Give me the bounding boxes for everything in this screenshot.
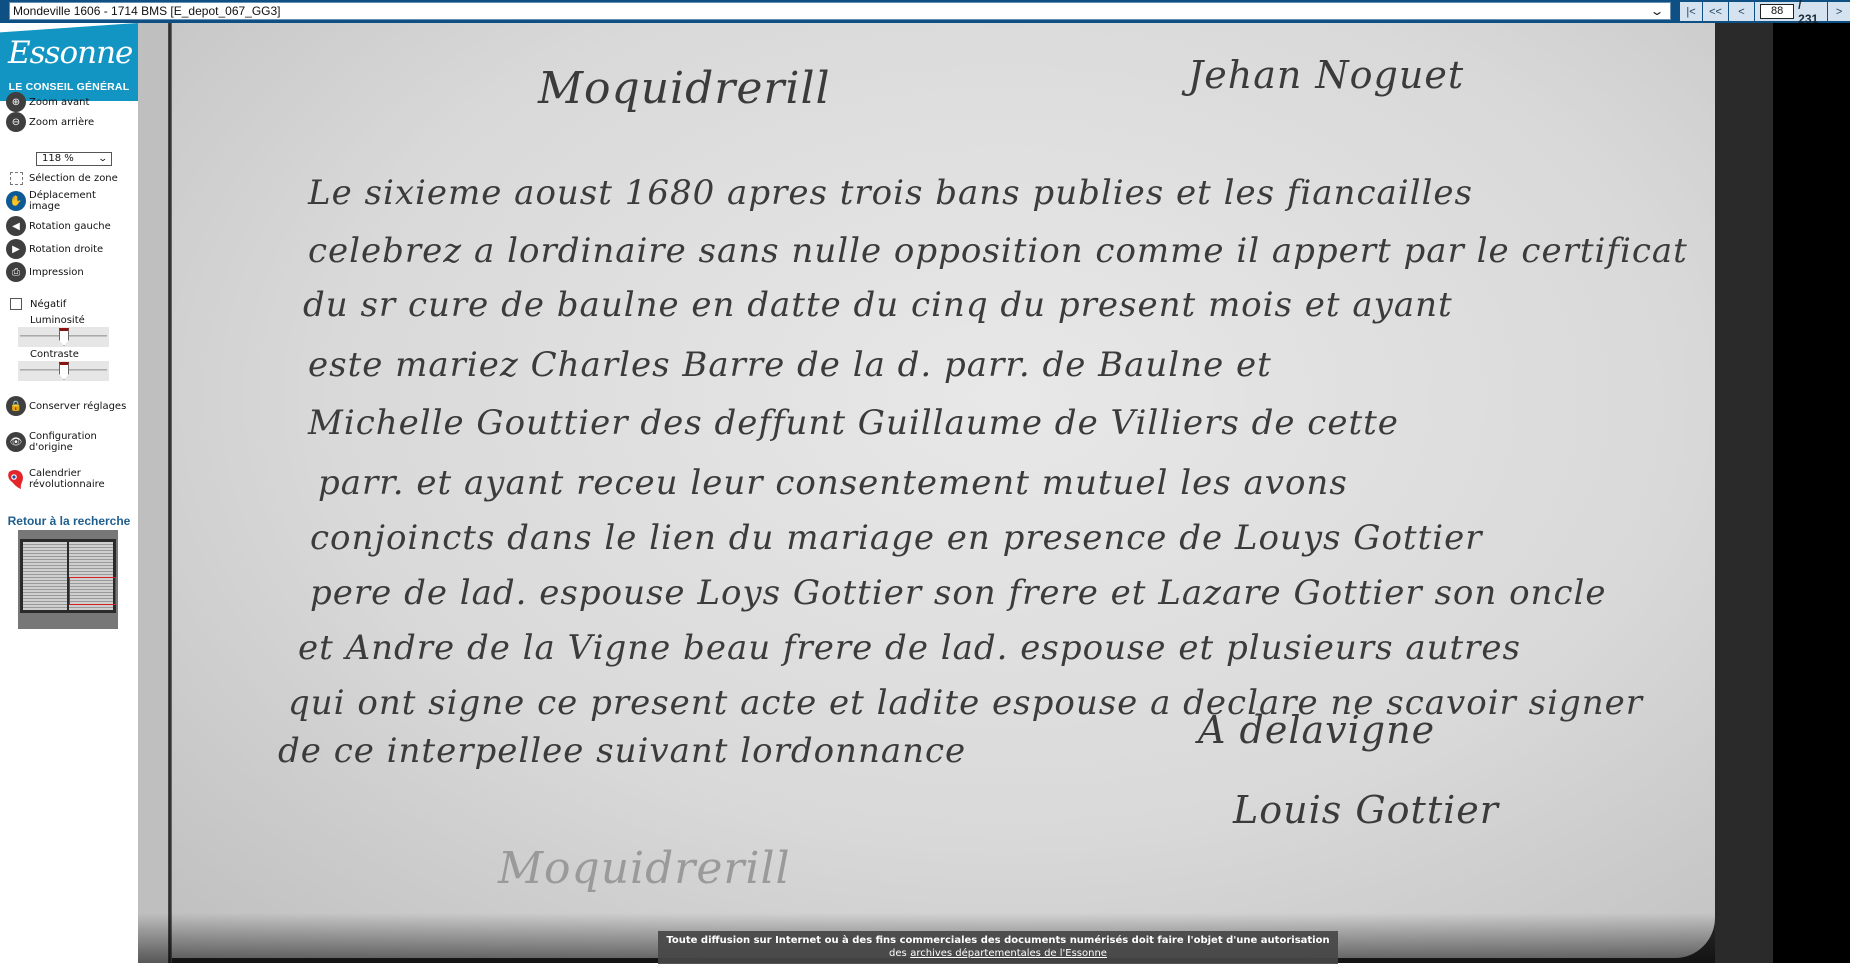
notice-text: Toute diffusion sur Internet ou à des fi… [658, 934, 1338, 947]
first-page-button[interactable]: |< [1680, 2, 1702, 21]
pan-image-button[interactable]: ✋ Déplacementimage [6, 190, 96, 212]
copyright-notice: Toute diffusion sur Internet ou à des fi… [658, 931, 1338, 964]
manuscript-line: Le sixieme aoust 1680 apres trois bans p… [308, 173, 1473, 213]
rotate-right-button[interactable]: ▶ Rotation droite [6, 239, 103, 259]
document-select[interactable]: Mondeville 1606 - 1714 BMS [E_depot_067_… [9, 2, 1671, 20]
notice-prefix: des [889, 948, 907, 959]
zoom-in-icon: ⊕ [6, 92, 26, 112]
zone-select-button[interactable]: Sélection de zone [6, 172, 118, 185]
contrast-label: Contraste [30, 349, 79, 360]
manuscript-page: Moquidrerill Jehan Noguet Le sixieme aou… [138, 23, 1715, 958]
selection-icon [10, 172, 23, 185]
binding-gutter [168, 23, 172, 963]
brightness-label: Luminosité [30, 315, 85, 326]
calendar-label: Calendrierrévolutionnaire [29, 468, 105, 490]
zone-select-label: Sélection de zone [29, 173, 118, 184]
logo-script: Essonne [8, 35, 132, 71]
lock-icon: 🔒 [6, 396, 26, 416]
manuscript-line: du sr cure de baulne en datte du cinq du… [303, 285, 1453, 325]
slider-thumb[interactable] [59, 362, 69, 380]
top-toolbar: Mondeville 1606 - 1714 BMS [E_depot_067_… [0, 0, 1850, 23]
print-button[interactable]: ⎙ Impression [6, 262, 84, 282]
zoom-out-label: Zoom arrière [29, 117, 94, 128]
contrast-slider[interactable] [18, 361, 109, 381]
keep-settings-label: Conserver réglages [29, 401, 126, 412]
print-label: Impression [29, 267, 84, 278]
page-navigation: |< << < 88 / 231 > [1680, 2, 1850, 21]
notice-line2: des archives départementales de l'Essonn… [658, 947, 1338, 960]
rotate-left-icon: ◀ [6, 216, 26, 236]
zoom-out-button[interactable]: ⊖ Zoom arrière [6, 112, 94, 132]
brightness-slider[interactable] [18, 327, 109, 347]
printer-icon: ⎙ [6, 262, 26, 282]
signature: Jehan Noguet [1188, 53, 1464, 97]
negative-toggle[interactable]: Négatif [6, 298, 66, 310]
rotate-left-label: Rotation gauche [29, 221, 111, 232]
signature: A delavigne [1198, 708, 1435, 752]
manuscript-line: et Andre de la Vigne beau frere de lad. … [298, 628, 1521, 668]
document-title: Mondeville 1606 - 1714 BMS [E_depot_067_… [13, 4, 281, 18]
slider-thumb[interactable] [59, 328, 69, 346]
keep-settings-button[interactable]: 🔒 Conserver réglages [6, 396, 126, 416]
pan-label: Déplacementimage [29, 190, 96, 212]
manuscript-line: parr. et ayant receu leur consentement m… [318, 463, 1348, 503]
negative-label: Négatif [30, 299, 66, 310]
zoom-in-button[interactable]: ⊕ Zoom avant [6, 92, 89, 112]
manuscript-line: celebrez a lordinaire sans nulle opposit… [308, 231, 1688, 271]
signature: Louis Gottier [1233, 788, 1499, 832]
manuscript-line: este mariez Charles Barre de la d. parr.… [308, 345, 1272, 385]
manuscript-line: pere de lad. espouse Loys Gottier son fr… [310, 573, 1607, 613]
manuscript-line: Michelle Gouttier des deffunt Guillaume … [308, 403, 1399, 443]
image-viewer[interactable]: Moquidrerill Jehan Noguet Le sixieme aou… [138, 23, 1850, 963]
thumbnail-left-page [23, 542, 67, 610]
hand-icon: ✋ [6, 191, 26, 211]
previous-page-button[interactable]: < [1729, 2, 1754, 21]
zoom-out-icon: ⊖ [6, 112, 26, 132]
zoom-level-select[interactable]: 118 % ⌄ [36, 152, 112, 166]
chevron-down-icon[interactable]: ⌄ [1649, 4, 1664, 18]
rotate-right-icon: ▶ [6, 239, 26, 259]
reset-config-button[interactable]: 👁 Configurationd'origine [6, 431, 97, 453]
eye-icon: 👁 [6, 432, 26, 452]
back-to-search-link[interactable]: Retour à la recherche [0, 514, 138, 528]
rotate-left-button[interactable]: ◀ Rotation gauche [6, 216, 111, 236]
left-page-edge [138, 23, 168, 963]
archives-link[interactable]: archives départementales de l'Essonne [910, 948, 1107, 959]
manuscript-line: qui ont signe ce present acte et ladite … [288, 683, 1643, 723]
zoom-in-label: Zoom avant [29, 97, 89, 108]
revolutionary-calendar-button[interactable]: Calendrierrévolutionnaire [6, 468, 105, 490]
total-pages: / 231 [1798, 0, 1822, 26]
zoom-level-value: 118 % [42, 153, 74, 164]
page-indicator: 88 / 231 [1755, 2, 1827, 21]
tool-sidebar: Essonne LE CONSEIL GÉNÉRAL ⊕ Zoom avant … [0, 23, 138, 972]
reset-config-label: Configurationd'origine [29, 431, 97, 453]
rotate-right-label: Rotation droite [29, 244, 103, 255]
signature: Moquidrerill [538, 63, 831, 114]
manuscript-line: conjoincts dans le lien du mariage en pr… [310, 518, 1483, 558]
chevron-down-icon: ⌄ [98, 153, 109, 165]
essonne-logo[interactable]: Essonne LE CONSEIL GÉNÉRAL [0, 23, 138, 101]
manuscript-line: de ce interpellee suivant lordonnance [278, 731, 966, 771]
page-number-input[interactable]: 88 [1760, 4, 1794, 19]
negative-checkbox[interactable] [10, 298, 22, 310]
next-page-button[interactable]: > [1828, 2, 1850, 21]
phrygian-cap-icon [6, 469, 26, 489]
signature: Moquidrerill [498, 843, 791, 894]
thumbnail-viewport-rect[interactable] [69, 577, 116, 605]
navigator-thumbnail[interactable] [18, 530, 118, 629]
previous-fast-button[interactable]: << [1703, 2, 1728, 21]
